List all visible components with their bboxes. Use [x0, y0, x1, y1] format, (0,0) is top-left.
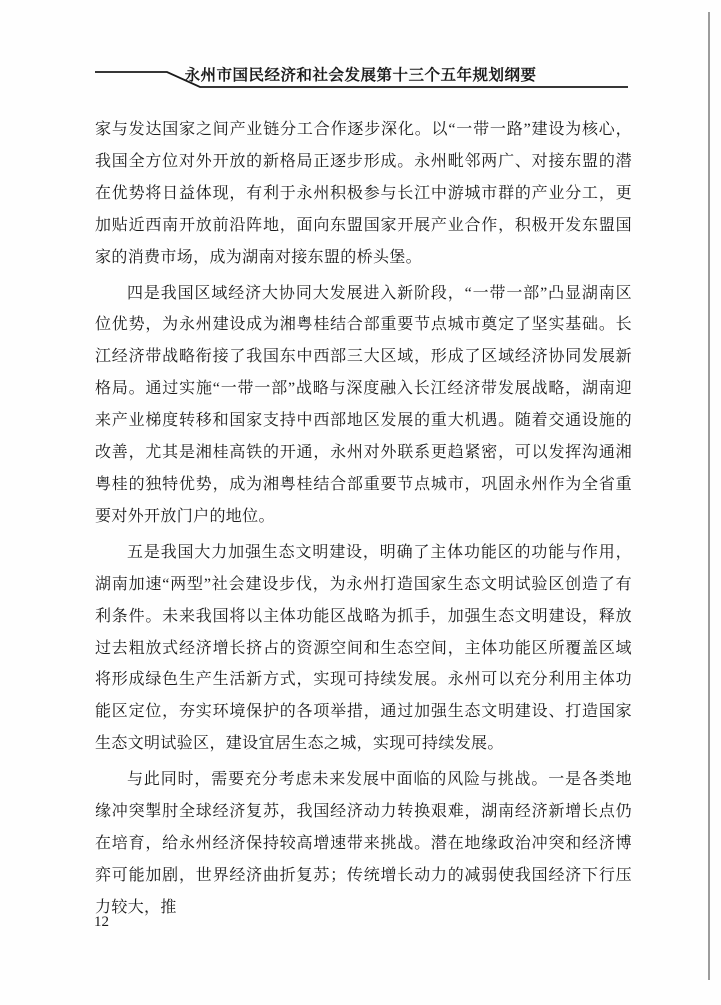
header-rule-line	[0, 0, 721, 100]
body-paragraph: 与此同时，需要充分考虑未来发展中面临的风险与挑战。一是各类地缘冲突掣肘全球经济复…	[95, 764, 632, 924]
scan-edge-line	[708, 12, 710, 980]
body-paragraph: 家与发达国家之间产业链分工合作逐步深化。以“一带一路”建设为核心，我国全方位对外…	[95, 114, 632, 274]
document-page: 永州市国民经济和社会发展第十三个五年规划纲要 家与发达国家之间产业链分工合作逐步…	[0, 0, 721, 1005]
page-number: 12	[94, 914, 109, 931]
running-header-title: 永州市国民经济和社会发展第十三个五年规划纲要	[0, 63, 721, 85]
body-paragraph: 四是我国区域经济大协同大发展进入新阶段，“一带一部”凸显湖南区位优势，为永州建设…	[95, 278, 632, 533]
body-paragraph: 五是我国大力加强生态文明建设，明确了主体功能区的功能与作用，湖南加速“两型”社会…	[95, 537, 632, 760]
body-text-block: 家与发达国家之间产业链分工合作逐步深化。以“一带一路”建设为核心，我国全方位对外…	[95, 114, 632, 924]
